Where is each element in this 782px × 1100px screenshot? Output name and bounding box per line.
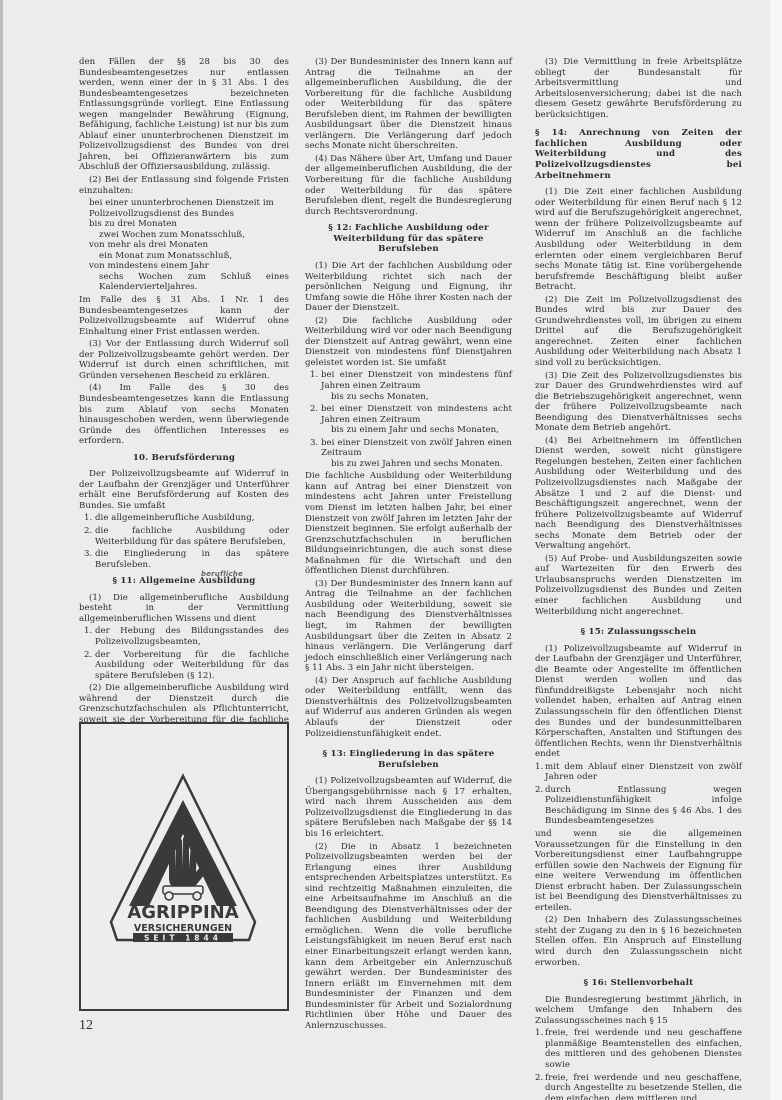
paragraph: Die fachliche Ausbildung oder Weiterbild…: [305, 471, 512, 576]
agrippina-logo-icon: AGRIPPINA VERSICHERUNGEN SEIT 1844: [103, 772, 263, 962]
paragraph: (1) Die allgemeinberufliche Ausbildung b…: [79, 593, 289, 625]
paragraph: (3) Die Vermittlung in freie Arbeitsplät…: [535, 57, 742, 120]
paragraph: (2) Bei der Entlassung sind folgende Fri…: [79, 175, 289, 196]
svg-text:VERSICHERUNGEN: VERSICHERUNGEN: [134, 923, 232, 934]
page-number: 12: [79, 1018, 93, 1034]
paragraph: (4) Im Falle des § 30 des Bundesbeamteng…: [79, 383, 289, 446]
list-item: 2.der Vorbereitung für die fachliche Aus…: [84, 650, 289, 682]
deadline-line: bei einer ununterbrochenen Dienstzeit im…: [89, 198, 289, 219]
paragraph: (3) Die Zeit des Polizeivollzugsdienstes…: [535, 371, 742, 434]
list-item: 3.bei einer Dienstzeit von zwölf Jahren …: [310, 438, 512, 470]
numbered-list: 1.freie, frei werdende und neu geschaffe…: [535, 1028, 742, 1100]
numbered-list: 1.die allgemeinberufliche Ausbildung, 2.…: [79, 513, 289, 570]
deadline-line: sechs Wochen zum Schluß eines Kalendervi…: [99, 272, 289, 293]
paragraph: (2) Die in Absatz 1 bezeichneten Polizei…: [305, 842, 512, 1032]
paragraph: (1) Polizeivollzugsbeamte auf Widerruf i…: [535, 644, 742, 760]
list-item: 1.bei einer Dienstzeit von mindestens fü…: [310, 370, 512, 402]
paragraph: (2) Den Inhabern des Zulassungsscheines …: [535, 915, 742, 968]
list-item: 1.der Hebung des Bildungsstandes des Pol…: [84, 626, 289, 647]
paragraph: (3) Der Bundesminister des Innern kann a…: [305, 57, 512, 152]
paragraph: (1) Die Zeit einer fachlichen Ausbildung…: [535, 187, 742, 292]
deadline-line: von mindestens einem Jahr: [89, 261, 289, 272]
paragraph: (3) Vor der Entlassung durch Widerruf so…: [79, 339, 289, 381]
paragraph: (2) Die fachliche Ausbildung oder Weiter…: [305, 316, 512, 369]
section-heading: § 16: Stellenvorbehalt: [535, 978, 742, 989]
paragraph: (2) Die Zeit im Polizeivollzugsdienst de…: [535, 295, 742, 369]
list-item: 2.bei einer Dienstzeit von mindestens ac…: [310, 404, 512, 436]
svg-text:AGRIPPINA: AGRIPPINA: [127, 902, 238, 923]
list-item: 2.die fachliche Ausbildung oder Weiterbi…: [84, 526, 289, 547]
list-item: 1.mit dem Ablauf einer Dienstzeit von zw…: [535, 762, 742, 783]
deadline-line: ein Monat zum Monatsschluß,: [99, 251, 289, 262]
list-item: 3.die Eingliederung in das spätere Beruf…: [84, 549, 289, 570]
paragraph: (4) Der Anspruch auf fachliche Ausbildun…: [305, 676, 512, 739]
paragraph: Die Bundesregierung bestimmt jährlich, i…: [535, 995, 742, 1027]
paragraph: (1) Die Art der fachlichen Ausbildung od…: [305, 261, 512, 314]
deadline-line: zwei Wochen zum Monatsschluß,: [99, 230, 289, 241]
numbered-list: 1.der Hebung des Bildungsstandes des Pol…: [79, 626, 289, 681]
list-item: 1.die allgemeinberufliche Ausbildung,: [84, 513, 289, 524]
deadline-line: von mehr als drei Monaten: [89, 240, 289, 251]
page-edge: [770, 0, 782, 1100]
column-right: (3) Die Vermittlung in freie Arbeitsplät…: [535, 57, 742, 1100]
handwritten-annotation: berufliche: [201, 569, 243, 580]
svg-text:SEIT 1844: SEIT 1844: [144, 934, 222, 943]
numbered-list: 1.mit dem Ablauf einer Dienstzeit von zw…: [535, 762, 742, 827]
paragraph: Der Polizeivollzugsbeamte auf Widerruf i…: [79, 469, 289, 511]
paragraph: (5) Auf Probe- und Ausbildungszeiten sow…: [535, 554, 742, 617]
paragraph: (3) Der Bundesminister des Innern kann a…: [305, 579, 512, 674]
paragraph: (4) Das Nähere über Art, Umfang und Daue…: [305, 154, 512, 217]
section-heading: § 12: Fachliche Ausbildung oder Weiterbi…: [305, 223, 512, 255]
list-item: 2.freie, frei werdende und neu geschaffe…: [535, 1073, 742, 1100]
column-middle: (3) Der Bundesminister des Innern kann a…: [305, 57, 512, 1033]
paragraph: Im Falle des § 31 Abs. 1 Nr. 1 des Bunde…: [79, 295, 289, 337]
section-heading: § 13: Eingliederung in das spätere Beruf…: [305, 749, 512, 770]
section-heading: § 14: Anrechnung von Zeiten der fachlich…: [535, 128, 742, 181]
list-item: 1.freie, frei werdende und neu geschaffe…: [535, 1028, 742, 1070]
section-heading: § 15: Zulassungsschein: [535, 627, 742, 638]
paragraph: (1) Polizeivollzugsbeamten auf Widerruf,…: [305, 776, 512, 839]
advertisement-box: AGRIPPINA VERSICHERUNGEN SEIT 1844: [79, 722, 289, 1011]
paragraph: den Fällen der §§ 28 bis 30 des Bundesbe…: [79, 57, 289, 173]
list-item: 2.durch Entlassung wegen Polizeidienstun…: [535, 785, 742, 827]
section-heading: § 11: Allgemeine Ausbildung berufliche: [79, 576, 289, 587]
deadline-line: bis zu drei Monaten: [89, 219, 289, 230]
paragraph: (4) Bei Arbeitnehmern im öffentlichen Di…: [535, 436, 742, 552]
column-left: den Fällen der §§ 28 bis 30 des Bundesbe…: [79, 57, 289, 748]
section-heading: 10. Berufsförderung: [79, 453, 289, 464]
paragraph: und wenn sie die allgemeinen Voraussetzu…: [535, 829, 742, 913]
numbered-list: 1.bei einer Dienstzeit von mindestens fü…: [305, 370, 512, 469]
